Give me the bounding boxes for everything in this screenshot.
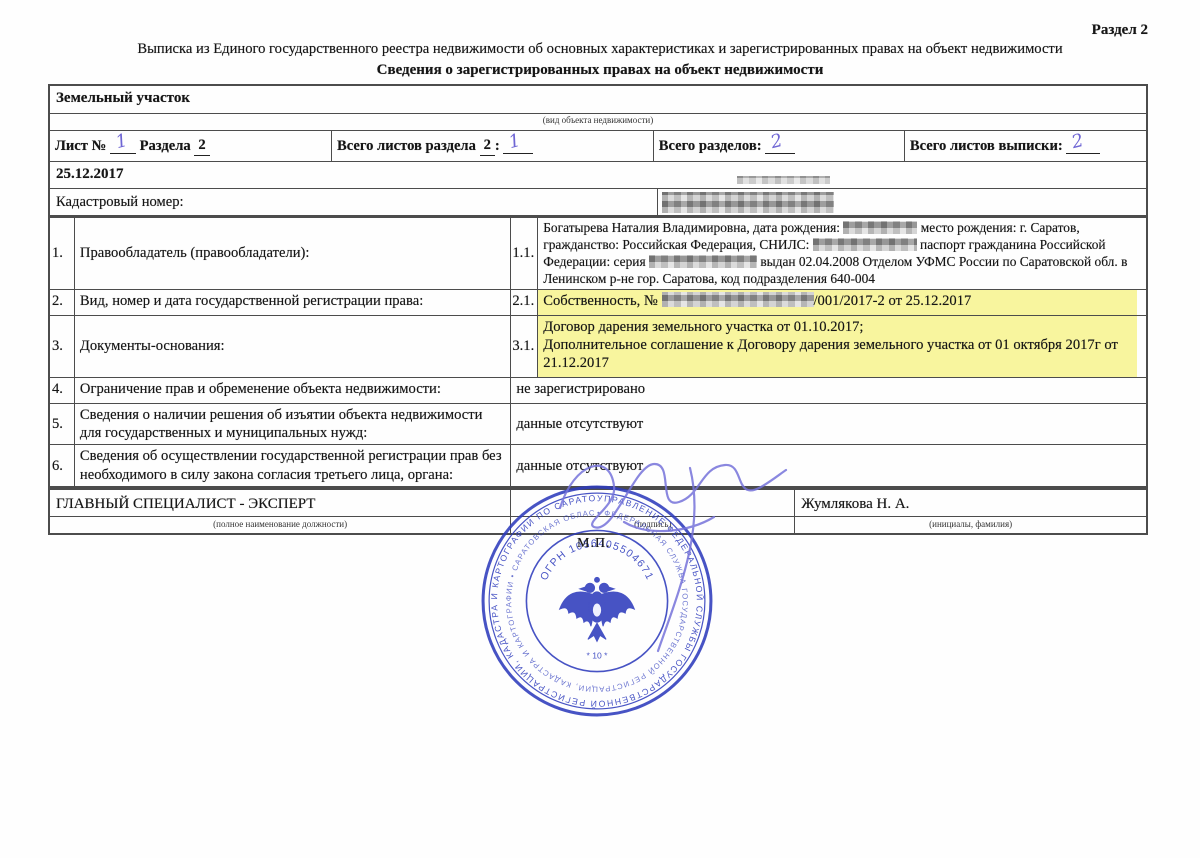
table-row: 5. Сведения о наличии решения об изъятии… <box>50 403 1146 444</box>
scanned-document-page: Раздел 2 Выписка из Единого государствен… <box>0 0 1200 858</box>
row-number: 6. <box>50 445 74 485</box>
cadastral-number-label: Кадастровый номер: <box>50 189 657 216</box>
total-extract-sheets-field: Всего листов выписки: 2 <box>904 131 1146 161</box>
object-info-table: Земельный участок (вид объекта недвижимо… <box>48 84 1148 218</box>
signature-position-caption: (полное наименование должности) <box>50 517 510 533</box>
section-label: Раздел 2 <box>1092 22 1148 39</box>
table-row: 2. Вид, номер и дата государственной рег… <box>50 289 1146 315</box>
row-label: Сведения о наличии решения об изъятии об… <box>74 404 510 444</box>
handwritten-total-sheets: 1 <box>507 129 524 154</box>
table-row: 3. Документы-основания: 3.1. Договор дар… <box>50 315 1146 377</box>
sheet-label: Лист № <box>55 137 106 155</box>
handwritten-sheet-number: 1 <box>113 129 130 154</box>
section-number: 2 <box>194 136 209 155</box>
row-subnumber: 3.1. <box>510 316 537 377</box>
row-subnumber: 1.1. <box>510 217 537 289</box>
redacted-passport <box>649 255 757 268</box>
sheet-number-blank: 1 <box>110 139 136 154</box>
row-label: Сведения об осуществлении государственно… <box>74 445 510 485</box>
row-subnumber: 2.1. <box>510 290 537 315</box>
row-number: 5. <box>50 404 74 444</box>
signature-position: ГЛАВНЫЙ СПЕЦИАЛИСТ - ЭКСПЕРТ <box>50 490 510 516</box>
row-label: Документы-основания: <box>74 316 510 377</box>
sheet-mid-label: Раздела <box>140 137 191 155</box>
value-text: Дополнительное соглашение к Договору дар… <box>543 336 1141 372</box>
table-row: 1. Правообладатель (правообладатели): 1.… <box>50 217 1146 289</box>
row-value-registration: Собственность, № /001/2017-2 от 25.12.20… <box>537 290 1146 315</box>
cadastral-number-value <box>657 189 1146 216</box>
value-text: Собственность, № <box>543 293 658 309</box>
total-sections-blank: 2 <box>765 139 795 154</box>
total-sheets-field: Всего листов раздела 2 : 1 <box>331 131 653 161</box>
document-subtitle: Сведения о зарегистрированных правах на … <box>40 62 1160 79</box>
table-row: 4. Ограничение прав и обременение объект… <box>50 377 1146 403</box>
redacted-cadastral-number <box>662 192 834 213</box>
row-number: 1. <box>50 217 74 289</box>
total-sheets-label: Всего листов раздела <box>337 137 476 155</box>
signature-name: Жумлякова Н. А. <box>794 490 1146 516</box>
object-type: Земельный участок <box>50 86 1146 113</box>
sheet-number-field: Лист № 1 Раздела 2 <box>50 131 331 161</box>
document-date: 25.12.2017 <box>50 162 1146 188</box>
object-type-caption: (вид объекта недвижимости) <box>50 114 1146 130</box>
scan-artifact <box>737 176 830 184</box>
total-sheets-section-num: 2 <box>480 136 495 155</box>
row-label: Вид, номер и дата государственной регист… <box>74 290 510 315</box>
total-sheets-blank: 1 <box>503 139 533 154</box>
total-extract-blank: 2 <box>1066 139 1100 154</box>
value-text: Договор дарения земельного участка от 01… <box>543 318 1141 336</box>
signature-name-caption: (инициалы, фамилия) <box>794 517 1146 533</box>
total-sections-label: Всего разделов: <box>659 137 762 155</box>
row-number: 2. <box>50 290 74 315</box>
row-value-restrictions: не зарегистрировано <box>510 378 1146 403</box>
row-number: 3. <box>50 316 74 377</box>
row-value-documents: Договор дарения земельного участка от 01… <box>537 316 1146 377</box>
row-label: Правообладатель (правообладатели): <box>74 217 510 289</box>
row-number: 4. <box>50 378 74 403</box>
value-text: Богатырева Наталия Владимировна, дата ро… <box>543 220 840 235</box>
value-text: /001/2017-2 от 25.12.2017 <box>814 293 972 309</box>
row-value-rightholder: Богатырева Наталия Владимировна, дата ро… <box>537 217 1146 289</box>
handwritten-total-sections: 2 <box>769 129 786 154</box>
signature-stroke <box>528 446 818 676</box>
row-value-seizure: данные отсутствуют <box>510 404 1146 444</box>
colon: : <box>495 137 500 155</box>
redacted-snils <box>813 238 917 251</box>
total-sections-field: Всего разделов: 2 <box>653 131 904 161</box>
redacted-reg-number <box>662 292 814 307</box>
total-extract-label: Всего листов выписки: <box>910 137 1063 155</box>
handwritten-total-extract: 2 <box>1070 129 1087 154</box>
row-label: Ограничение прав и обременение объекта н… <box>74 378 510 403</box>
redacted-birthdate <box>843 221 917 234</box>
document-title: Выписка из Единого государственного реес… <box>40 41 1160 58</box>
